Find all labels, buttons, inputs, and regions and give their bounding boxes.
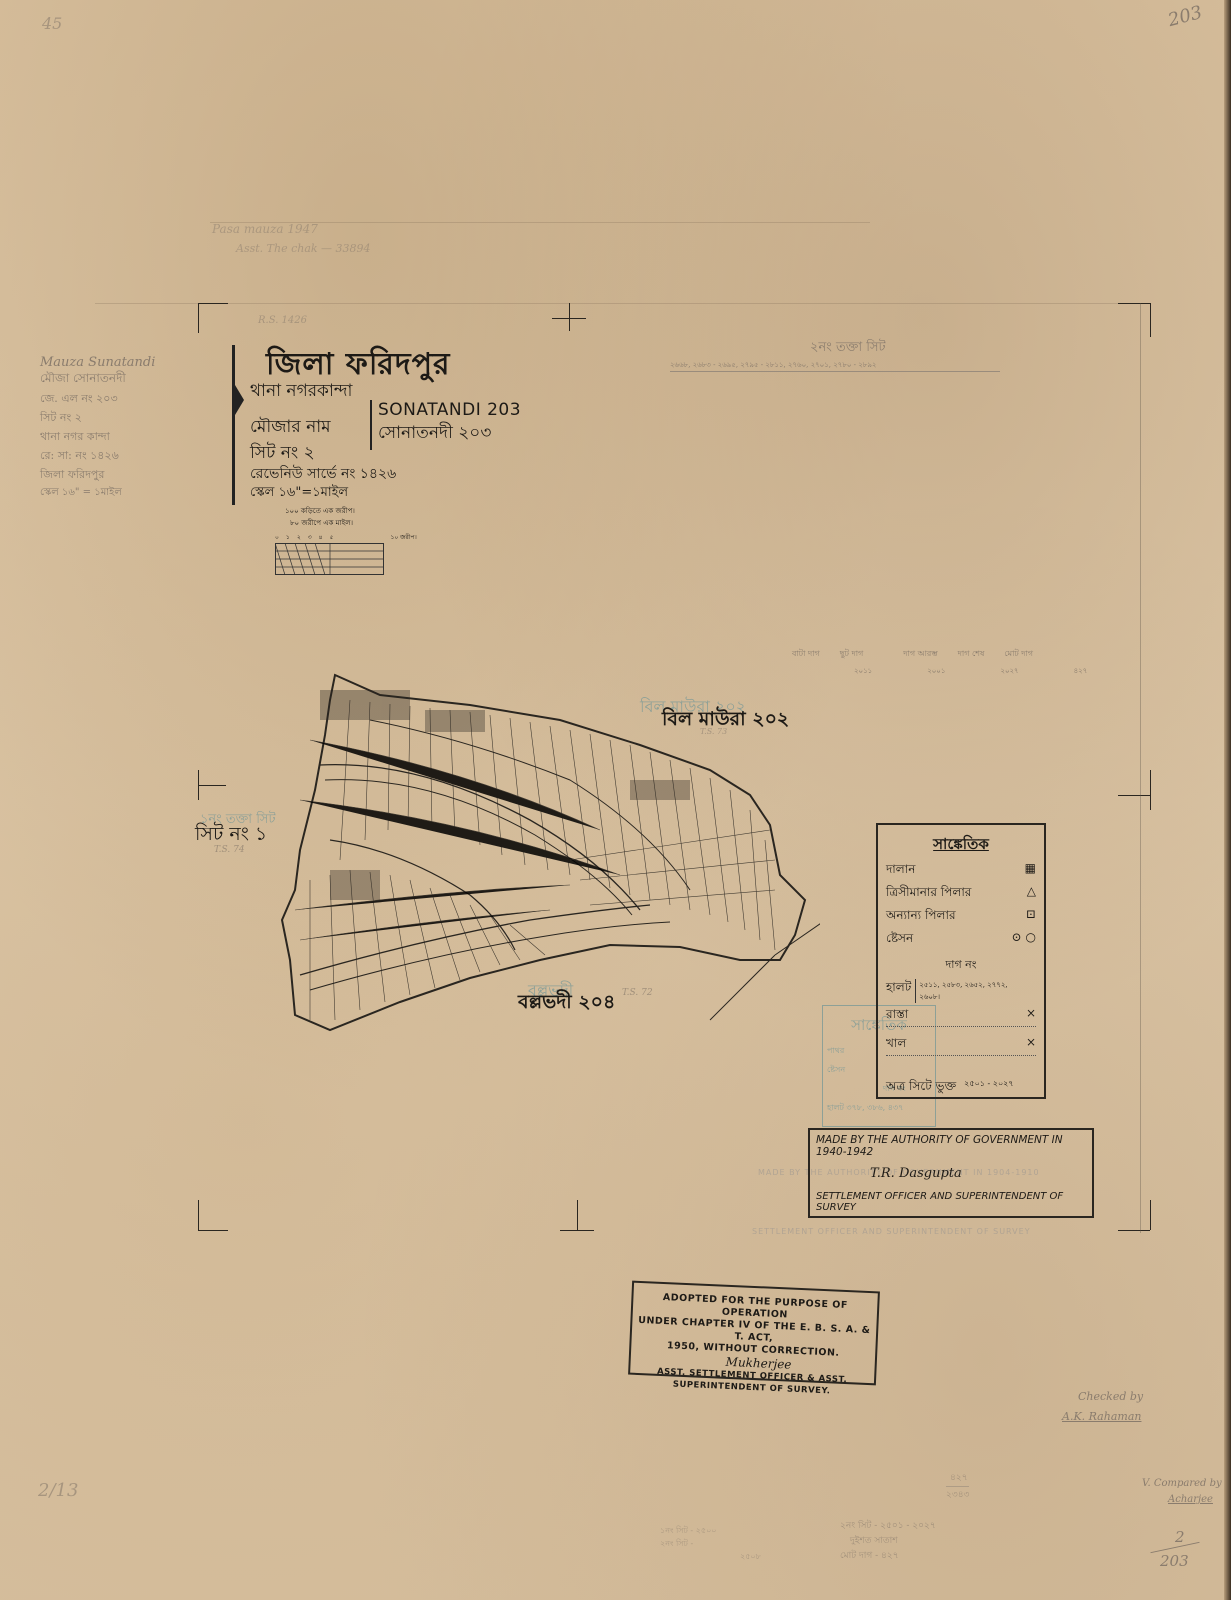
ghost-legend-row: হালট ৩৭৮, ৩৮৬, ৪৩৭ — [827, 1102, 931, 1115]
parcel-value: ২০২৭ — [1000, 665, 1018, 677]
compared-by-signature: Acharjee — [1168, 1494, 1213, 1505]
parcel-header: মোট দাগ — [1004, 648, 1033, 661]
frame-tick — [198, 1200, 199, 1230]
legend-label: দালান — [886, 861, 915, 881]
paper-edge — [1224, 0, 1231, 1600]
legend-box: সাঙ্কেতিক দালান ▦ ত্রিসীমানার পিলার △ অন… — [876, 823, 1046, 1099]
guide-line-frame-top — [95, 303, 1145, 304]
scale-end-label: ১০ জরীপ। — [390, 532, 416, 543]
parcel-table-note: বাটা দাগ ছুট দাগ দাগ আরম্ভ দাগ শেষ মোট দ… — [792, 648, 1122, 677]
parcel-value: ৪২৭ — [1074, 665, 1088, 677]
square-dot-symbol-icon: ⊡ — [1026, 907, 1036, 927]
ts-mark: T.S. 72 — [622, 988, 653, 998]
frame-tick — [1118, 303, 1150, 304]
checked-by-note: Checked by — [1078, 1390, 1143, 1403]
frame-tick — [198, 1230, 228, 1231]
mouza-label: মৌজার নাম — [250, 414, 331, 442]
corner-note-top-left: 45 — [42, 14, 62, 33]
sum-bottom: ২৩৪৩ — [946, 1486, 969, 1502]
legend-label: রাস্তা — [886, 1006, 908, 1026]
survey-line — [775, 910, 820, 955]
margin-note-line: থানা নগর কান্দা — [40, 428, 170, 447]
margin-note-line: সিট নং ২ — [40, 409, 170, 428]
frame-tick — [552, 318, 586, 319]
frame-tick — [577, 1200, 578, 1230]
building-symbol-icon: ▦ — [1025, 861, 1036, 881]
bottom-calc-notes: ২নং সিট - ২৫০১ - ২০২৭ দুইশত সাতাশ মোট দা… — [840, 1518, 936, 1563]
frame-tick — [1150, 1200, 1151, 1230]
scale-tick: ০ — [275, 532, 279, 543]
legend-row-canal: খাল × — [886, 1035, 1036, 1056]
adjacent-sheet-numbers: ২৬৬৮, ২৬৮৩ - ২৬৯৫, ২৭৯৫ - ২৮১১, ২৭৬০, ২৭… — [670, 359, 1000, 372]
cross-symbol-icon: × — [1026, 1006, 1036, 1026]
margin-note-line: Mauza Sunatandi — [40, 355, 170, 370]
calc-line: ২নং সিট - — [660, 1538, 761, 1551]
frame-tick — [198, 785, 226, 786]
calc-line: ২৫০৮ — [740, 1551, 761, 1564]
parcel-value: ২০০১ — [927, 665, 945, 677]
bottom-left-calc: ১নং সিট - ২৫০০ ২নং সিট - ২৫০৮ — [660, 1525, 761, 1564]
legend-halot-numbers: ২৫১১, ২৫৮৩, ২৬৫২, ২৭৭২, ২৬০৮। — [915, 979, 1024, 1003]
parcel-header: দাগ আরম্ভ — [903, 648, 937, 661]
legend-label: ত্রিসীমানার পিলার — [886, 884, 971, 904]
legend-title: সাঙ্কেতিক — [878, 833, 1044, 858]
frame-tick — [1118, 1230, 1150, 1231]
calc-line: ১নং সিট - ২৫০০ — [660, 1525, 761, 1538]
left-margin-notes: Mauza Sunatandi মৌজা সোনাতনদী জে. এল নং … — [40, 355, 170, 502]
frame-tick — [560, 1230, 594, 1231]
corner-note-top-right: 203 — [1166, 2, 1205, 31]
legend-row-trijunction-pillar: ত্রিসীমানার পিলার △ — [886, 884, 1036, 904]
legend-row-halot: হালট ২৫১১, ২৫৮৩, ২৬৫২, ২৭৭২, ২৬০৮। — [886, 979, 1036, 1003]
frame-tick — [1150, 303, 1151, 337]
adoption-stamp: ADOPTED FOR THE PURPOSE OF OPERATION UND… — [628, 1281, 880, 1386]
circle-symbol-icon: ⊙ ○ — [1012, 930, 1036, 950]
margin-note-line: স্কেল ১৬" = ১মাইল — [40, 485, 170, 502]
frame-tick — [198, 303, 228, 304]
legend-row-included-sheet: অত্র সিটে ভুক্ত ২৫০১ - ২০২৭ — [886, 1078, 1036, 1098]
legend-row-road: রাস্তা × — [886, 1006, 1036, 1027]
parcel-value: ২০১১ — [854, 665, 872, 677]
fraction-top: 2 — [1175, 1528, 1185, 1546]
checked-by-signature: A.K. Rahaman — [1062, 1410, 1141, 1423]
margin-note-line: মৌজা সোনাতনদী — [40, 370, 170, 390]
authority-signature: T.R. Dasgupta — [870, 1166, 1092, 1181]
margin-note-line: রে: সা: নং ১৪২৬ — [40, 447, 170, 466]
bottom-left-mark: 2/13 — [38, 1480, 78, 1501]
cross-symbol-icon: × — [1026, 1035, 1036, 1055]
frame-right-line — [1140, 303, 1141, 1233]
mouza-name-box: SONATANDI 203 সোনাতনদী ২০৩ — [370, 400, 521, 450]
calc-line: দুইশত সাতাশ — [850, 1533, 936, 1548]
pencil-small-label: R.S. 1426 — [258, 315, 307, 326]
legend-label: অন্যান্য পিলার — [886, 907, 956, 927]
authority-line-2: SETTLEMENT OFFICER AND SUPERINTENDENT OF… — [816, 1191, 1086, 1213]
parcel-header: দাগ শেষ — [958, 648, 985, 661]
scale-tick: ৩ — [308, 532, 312, 543]
frame-tick — [1150, 770, 1151, 810]
legend-row-station: ষ্টেসন ⊙ ○ — [886, 930, 1036, 950]
legend-sheet-range: ২৫০১ - ২০২৭ — [964, 1078, 1013, 1098]
scale-grid — [275, 543, 385, 575]
south-neighbor-label: বল্লভদী ২০৪ — [518, 988, 615, 1020]
margin-note-line: জিলা ফরিদপুর — [40, 466, 170, 485]
triangle-symbol-icon: △ — [1027, 884, 1036, 904]
scale-note-1: ১০০ কড়িতে এক জরীপ। — [285, 505, 445, 517]
margin-note-line: জে. এল নং ২০৩ — [40, 390, 170, 409]
fraction-bottom: 203 — [1160, 1552, 1189, 1570]
scale-tick: ২ — [297, 532, 301, 543]
ts-mark: T.S. 73 — [700, 727, 727, 736]
legend-label: হালট — [886, 979, 911, 1003]
scale-label: স্কেল ১৬"=১মাইল — [250, 483, 348, 504]
survey-line — [710, 955, 775, 1020]
scale-tick: ৫ — [330, 532, 334, 543]
authority-stamp: MADE BY THE AUTHORITY OF GOVERNMENT IN 1… — [808, 1128, 1094, 1218]
compared-by-note: V. Compared by — [1142, 1478, 1222, 1489]
legend-label: ষ্টেসন — [886, 930, 913, 950]
frame-tick — [569, 303, 570, 331]
adjacent-sheet-title: ২নং তক্তা সিট — [810, 338, 1000, 359]
calc-line: ২নং সিট - ২৫০১ - ২০২৭ — [840, 1518, 936, 1533]
mouza-name-bn: সোনাতনদী ২০৩ — [378, 420, 521, 448]
scale-tick: ১ — [286, 532, 290, 543]
legend-label: অত্র সিটে ভুক্ত — [886, 1078, 956, 1098]
ts-mark: T.S. 74 — [214, 845, 245, 855]
frame-tick — [1118, 795, 1150, 796]
decorative-bar-icon — [230, 345, 246, 505]
mouza-name-en: SONATANDI 203 — [378, 400, 521, 420]
ghost-authority-line-2: SETTLEMENT OFFICER AND SUPERINTENDENT OF… — [752, 1227, 1031, 1236]
legend-row-other-pillar: অন্যান্য পিলার ⊡ — [886, 907, 1036, 927]
thana-label: থানা নগরকান্দা — [250, 378, 352, 406]
pencil-top-note-2: Asst. The chak — 33894 — [236, 242, 371, 255]
parcel-header: ছুট দাগ — [840, 648, 864, 661]
legend-row-building: দালান ▦ — [886, 861, 1036, 881]
frame-tick — [198, 303, 199, 333]
scale-tick: ৪ — [319, 532, 323, 543]
legend-label: খাল — [886, 1035, 906, 1055]
legend-dag-heading: দাগ নং — [878, 956, 1044, 975]
authority-line-1: MADE BY THE AUTHORITY OF GOVERNMENT IN 1… — [816, 1134, 1086, 1158]
adjacent-sheet-note: ২নং তক্তা সিট ২৬৬৮, ২৬৮৩ - ২৬৯৫, ২৭৯৫ - … — [670, 338, 1000, 372]
sum-top: ৪২৭ — [950, 1470, 968, 1485]
pencil-top-note-1: Pasa mauza 1947 — [212, 222, 318, 236]
calc-line: মোট দাগ - ৪২৭ — [840, 1548, 936, 1563]
scale-bar: ১০০ কড়িতে এক জরীপ। ৮০ জরীপে এক মাইল। ০ … — [275, 505, 445, 579]
scale-note-2: ৮০ জরীপে এক মাইল। — [290, 517, 445, 529]
